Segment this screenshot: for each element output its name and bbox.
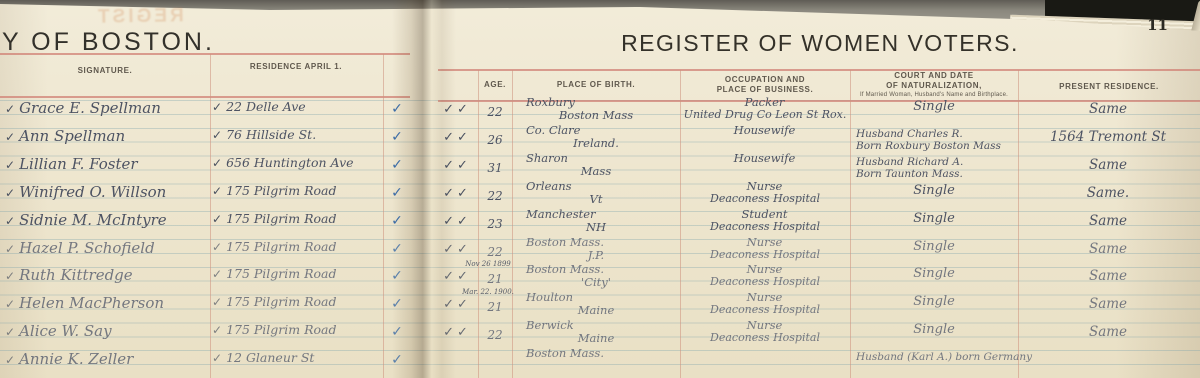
residence-text: 12 Glaneur St (226, 350, 314, 365)
occupation-header-line2: PLACE OF BUSINESS. (680, 85, 850, 95)
naturalization-line1: Single (852, 184, 1016, 198)
checkmark-icon: ✓✓ (437, 214, 477, 229)
residence-cell: ✓175 Pilgrim Road (212, 294, 382, 309)
birthplace-state: NH (516, 220, 676, 234)
birthplace-state: Ireland. (516, 136, 676, 150)
signature-text: Grace E. Spellman (19, 99, 161, 117)
signature-text: Hazel P. Schofield (19, 239, 155, 257)
signature-cell: ✓Ruth Kittredge (5, 266, 207, 284)
signature-cell: ✓Sidnie M. McIntyre (5, 211, 207, 229)
age-cell: 23 (478, 217, 512, 231)
checkmark-icon: ✓ (212, 100, 222, 114)
residence-text: 175 Pilgrim Road (226, 239, 336, 254)
age-cell: 22 (478, 245, 512, 259)
register-row: ✓Winifred O. Willson ✓175 Pilgrim Road ✓… (0, 182, 1200, 210)
signature-text: Winifred O. Willson (19, 183, 166, 201)
residence-text: 175 Pilgrim Road (226, 211, 336, 226)
place-of-business-text: United Drug Co Leon St Rox. (676, 108, 854, 121)
naturalization-line1: Husband Richard A. (856, 156, 1020, 168)
occupation-header-line1: OCCUPATION AND (680, 75, 850, 85)
checkmark-icon: ✓ (386, 268, 408, 284)
checkmark-icon: ✓✓ (437, 269, 477, 284)
birthplace-state: 'City' (516, 275, 676, 289)
col-header-present-residence: PRESENT RESIDENCE. (1018, 82, 1200, 92)
checkmark-icon: ✓ (5, 242, 15, 256)
birthplace-city: Sharon (516, 151, 676, 165)
checkmark-icon: ✓ (212, 240, 222, 254)
birthplace-state: Vt (516, 192, 676, 206)
present-residence-cell: Same (1020, 324, 1196, 340)
age-cell: 31 (478, 161, 512, 175)
present-residence-cell: Same (1020, 213, 1196, 229)
col-header-signature: SIGNATURE. (5, 66, 205, 76)
place-of-business-text: Deaconess Hospital (676, 331, 854, 344)
checkmark-icon: ✓ (386, 324, 408, 340)
residence-cell: ✓22 Delle Ave (212, 99, 382, 114)
place-of-business-text: Deaconess Hospital (676, 248, 854, 261)
register-row: ✓Ruth Kittredge ✓175 Pilgrim Road ✓ ✓✓ N… (0, 265, 1200, 293)
court-header-line2: OF NATURALIZATION, (850, 81, 1018, 91)
ledger-photo: REGIST Y OF BOSTON. REGISTER OF WOMEN VO… (0, 0, 1200, 378)
checkmark-icon: ✓ (386, 157, 408, 173)
checkmark-icon: ✓✓ (437, 242, 477, 257)
naturalization-line1: Single (852, 267, 1016, 281)
residence-text: 175 Pilgrim Road (226, 183, 336, 198)
register-row: ✓Grace E. Spellman ✓22 Delle Ave ✓ ✓✓ 22… (0, 98, 1200, 126)
age-cell: 21 (478, 272, 512, 286)
birthplace-city: Manchester (516, 207, 676, 221)
checkmark-icon: ✓ (212, 351, 222, 365)
checkmark-icon: ✓ (212, 295, 222, 309)
checkmark-icon: ✓ (5, 102, 15, 116)
signature-cell: ✓Helen MacPherson (5, 294, 207, 312)
age-cell: 22 (478, 328, 512, 342)
birthplace-state: J.P. (516, 248, 676, 262)
naturalization-line1: Husband Charles R. (856, 128, 1020, 140)
present-residence-cell: Same (1020, 241, 1196, 257)
signature-text: Sidnie M. McIntyre (19, 211, 167, 229)
page-number: 11 (1147, 16, 1168, 34)
residence-text: 22 Delle Ave (226, 99, 306, 114)
present-residence-cell: 1564 Tremont St (1020, 129, 1196, 145)
checkmark-icon: ✓✓ (437, 186, 477, 201)
place-of-business-text: Deaconess Hospital (676, 275, 854, 288)
residence-cell: ✓175 Pilgrim Road (212, 322, 382, 337)
residence-text: 76 Hillside St. (226, 127, 316, 142)
city-of-boston-heading: Y OF BOSTON. (2, 28, 215, 57)
residence-cell: ✓76 Hillside St. (212, 127, 382, 142)
occupation-text: Nurse (682, 290, 847, 304)
checkmark-icon: ✓ (386, 352, 408, 368)
birthdate-note: Nov 26 1899 (450, 260, 526, 268)
occupation-text: Housewife (682, 123, 847, 137)
present-residence-cell: Same (1020, 268, 1196, 284)
checkmark-icon: ✓ (5, 158, 15, 172)
checkmark-icon: ✓ (212, 323, 222, 337)
birthdate-note: Mar. 22. 1900. (450, 288, 526, 296)
naturalization-cell: Single (852, 267, 1016, 281)
residence-cell: ✓175 Pilgrim Road (212, 183, 382, 198)
present-residence-cell: Same (1020, 296, 1196, 312)
age-cell: 26 (478, 133, 512, 147)
naturalization-line1: Single (852, 100, 1016, 114)
birthplace-city: Co. Clare (516, 123, 676, 137)
occupation-text: Nurse (682, 235, 847, 249)
checkmark-icon: ✓ (5, 297, 15, 311)
signature-text: Lillian F. Foster (19, 155, 138, 173)
occupation-text: Nurse (682, 318, 847, 332)
checkmark-icon: ✓ (386, 129, 408, 145)
checkmark-icon: ✓ (5, 325, 15, 339)
birthplace-state: Mass (516, 164, 676, 178)
birthplace-city: Houlton (516, 290, 676, 304)
present-residence-cell: Same (1020, 157, 1196, 173)
register-row: ✓Annie K. Zeller ✓12 Glaneur St ✓ Boston… (0, 349, 1200, 377)
naturalization-cell: Single (852, 323, 1016, 337)
age-cell: 21 (478, 300, 512, 314)
signature-cell: ✓Grace E. Spellman (5, 99, 207, 117)
occupation-text: Nurse (682, 179, 847, 193)
naturalization-line1: Husband (Karl A.) born Germany (856, 351, 1020, 363)
birthplace-city: Orleans (516, 179, 676, 193)
birthplace-state: Maine (516, 303, 676, 317)
checkmark-icon: ✓ (5, 186, 15, 200)
checkmark-icon: ✓✓ (437, 130, 477, 145)
col-header-residence: RESIDENCE APRIL 1. (211, 62, 381, 72)
checkmark-icon: ✓ (386, 101, 408, 117)
signature-text: Ruth Kittredge (19, 266, 133, 284)
birthplace-state: Maine (516, 331, 676, 345)
occupation-text: Housewife (682, 151, 847, 165)
checkmark-icon: ✓ (386, 185, 408, 201)
residence-cell: ✓175 Pilgrim Road (212, 266, 382, 281)
naturalization-line1: Single (852, 212, 1016, 226)
signature-text: Alice W. Say (19, 322, 112, 340)
register-row: ✓Helen MacPherson ✓175 Pilgrim Road ✓ ✓✓… (0, 293, 1200, 321)
birthplace-city: Boston Mass. (516, 346, 676, 360)
checkmark-icon: ✓ (386, 241, 408, 257)
naturalization-line1: Single (852, 323, 1016, 337)
register-row: ✓Ann Spellman ✓76 Hillside St. ✓ ✓✓ 26 C… (0, 126, 1200, 154)
place-of-business-text: Deaconess Hospital (676, 303, 854, 316)
checkmark-icon: ✓ (386, 296, 408, 312)
signature-cell: ✓Lillian F. Foster (5, 155, 207, 173)
naturalization-cell: Single (852, 240, 1016, 254)
naturalization-cell: Single (852, 184, 1016, 198)
place-of-business-text: Deaconess Hospital (676, 192, 854, 205)
page-title: REGISTER OF WOMEN VOTERS. (620, 30, 1020, 57)
occupation-text: Packer (682, 95, 847, 109)
register-row: ✓Lillian F. Foster ✓656 Huntington Ave ✓… (0, 154, 1200, 182)
age-cell: 22 (478, 105, 512, 119)
checkmark-icon: ✓ (386, 213, 408, 229)
header-rule-right-top (438, 69, 1200, 71)
occupation-text: Nurse (682, 262, 847, 276)
checkmark-icon: ✓ (5, 269, 15, 283)
col-header-occupation: OCCUPATION AND PLACE OF BUSINESS. (680, 75, 850, 95)
signature-cell: ✓Ann Spellman (5, 127, 207, 145)
naturalization-cell: Husband Charles R. Born Roxbury Boston M… (852, 128, 1020, 152)
naturalization-cell: Husband (Karl A.) born Germany (852, 351, 1020, 363)
birthplace-city: Boston Mass. (516, 235, 676, 249)
signature-cell: ✓Annie K. Zeller (5, 350, 207, 368)
ink-bleed-text: REGIST (95, 5, 184, 29)
residence-cell: ✓656 Huntington Ave (212, 155, 382, 170)
checkmark-icon: ✓ (212, 128, 222, 142)
age-cell: 22 (478, 189, 512, 203)
birthplace-city: Berwick (516, 318, 676, 332)
residence-text: 175 Pilgrim Road (226, 322, 336, 337)
place-of-business-text: Deaconess Hospital (676, 220, 854, 233)
residence-text: 656 Huntington Ave (226, 155, 353, 170)
residence-text: 175 Pilgrim Road (226, 266, 336, 281)
register-row: ✓Hazel P. Schofield ✓175 Pilgrim Road ✓ … (0, 238, 1200, 266)
signature-cell: ✓Hazel P. Schofield (5, 239, 207, 257)
occupation-text: Student (682, 207, 847, 221)
naturalization-cell: Single (852, 295, 1016, 309)
register-row: ✓Sidnie M. McIntyre ✓175 Pilgrim Road ✓ … (0, 210, 1200, 238)
register-row: ✓Alice W. Say ✓175 Pilgrim Road ✓ ✓✓ 22 … (0, 321, 1200, 349)
signature-text: Ann Spellman (19, 127, 125, 145)
checkmark-icon: ✓✓ (437, 297, 477, 312)
birthplace-state: Boston Mass (516, 108, 676, 122)
naturalization-line2: Born Roxbury Boston Mass (856, 140, 1020, 152)
residence-cell: ✓175 Pilgrim Road (212, 211, 382, 226)
birthplace-city: Roxbury (516, 95, 676, 109)
signature-text: Annie K. Zeller (19, 350, 133, 368)
checkmark-icon: ✓ (5, 214, 15, 228)
naturalization-cell: Single (852, 212, 1016, 226)
birthplace-city: Boston Mass. (516, 262, 676, 276)
col-header-place-of-birth: PLACE OF BIRTH. (512, 80, 680, 90)
checkmark-icon: ✓✓ (437, 325, 477, 340)
naturalization-line1: Single (852, 240, 1016, 254)
signature-cell: ✓Winifred O. Willson (5, 183, 207, 201)
checkmark-icon: ✓ (5, 353, 15, 367)
residence-text: 175 Pilgrim Road (226, 294, 336, 309)
checkmark-icon: ✓ (212, 267, 222, 281)
signature-cell: ✓Alice W. Say (5, 322, 207, 340)
checkmark-icon: ✓✓ (437, 158, 477, 173)
present-residence-cell: Same (1020, 101, 1196, 117)
col-header-age: AGE. (478, 80, 512, 90)
checkmark-icon: ✓✓ (437, 102, 477, 117)
naturalization-line2: Born Taunton Mass. (856, 168, 1020, 180)
residence-cell: ✓175 Pilgrim Road (212, 239, 382, 254)
present-residence-cell: Same. (1020, 185, 1196, 201)
checkmark-icon: ✓ (212, 212, 222, 226)
checkmark-icon: ✓ (212, 184, 222, 198)
court-header-line1: COURT AND DATE (850, 71, 1018, 81)
residence-cell: ✓12 Glaneur St (212, 350, 382, 365)
checkmark-icon: ✓ (5, 130, 15, 144)
col-header-court: COURT AND DATE OF NATURALIZATION, If Mar… (850, 71, 1018, 99)
signature-text: Helen MacPherson (19, 294, 164, 312)
naturalization-line1: Single (852, 295, 1016, 309)
checkmark-icon: ✓ (212, 156, 222, 170)
naturalization-cell: Husband Richard A. Born Taunton Mass. (852, 156, 1020, 180)
naturalization-cell: Single (852, 100, 1016, 114)
